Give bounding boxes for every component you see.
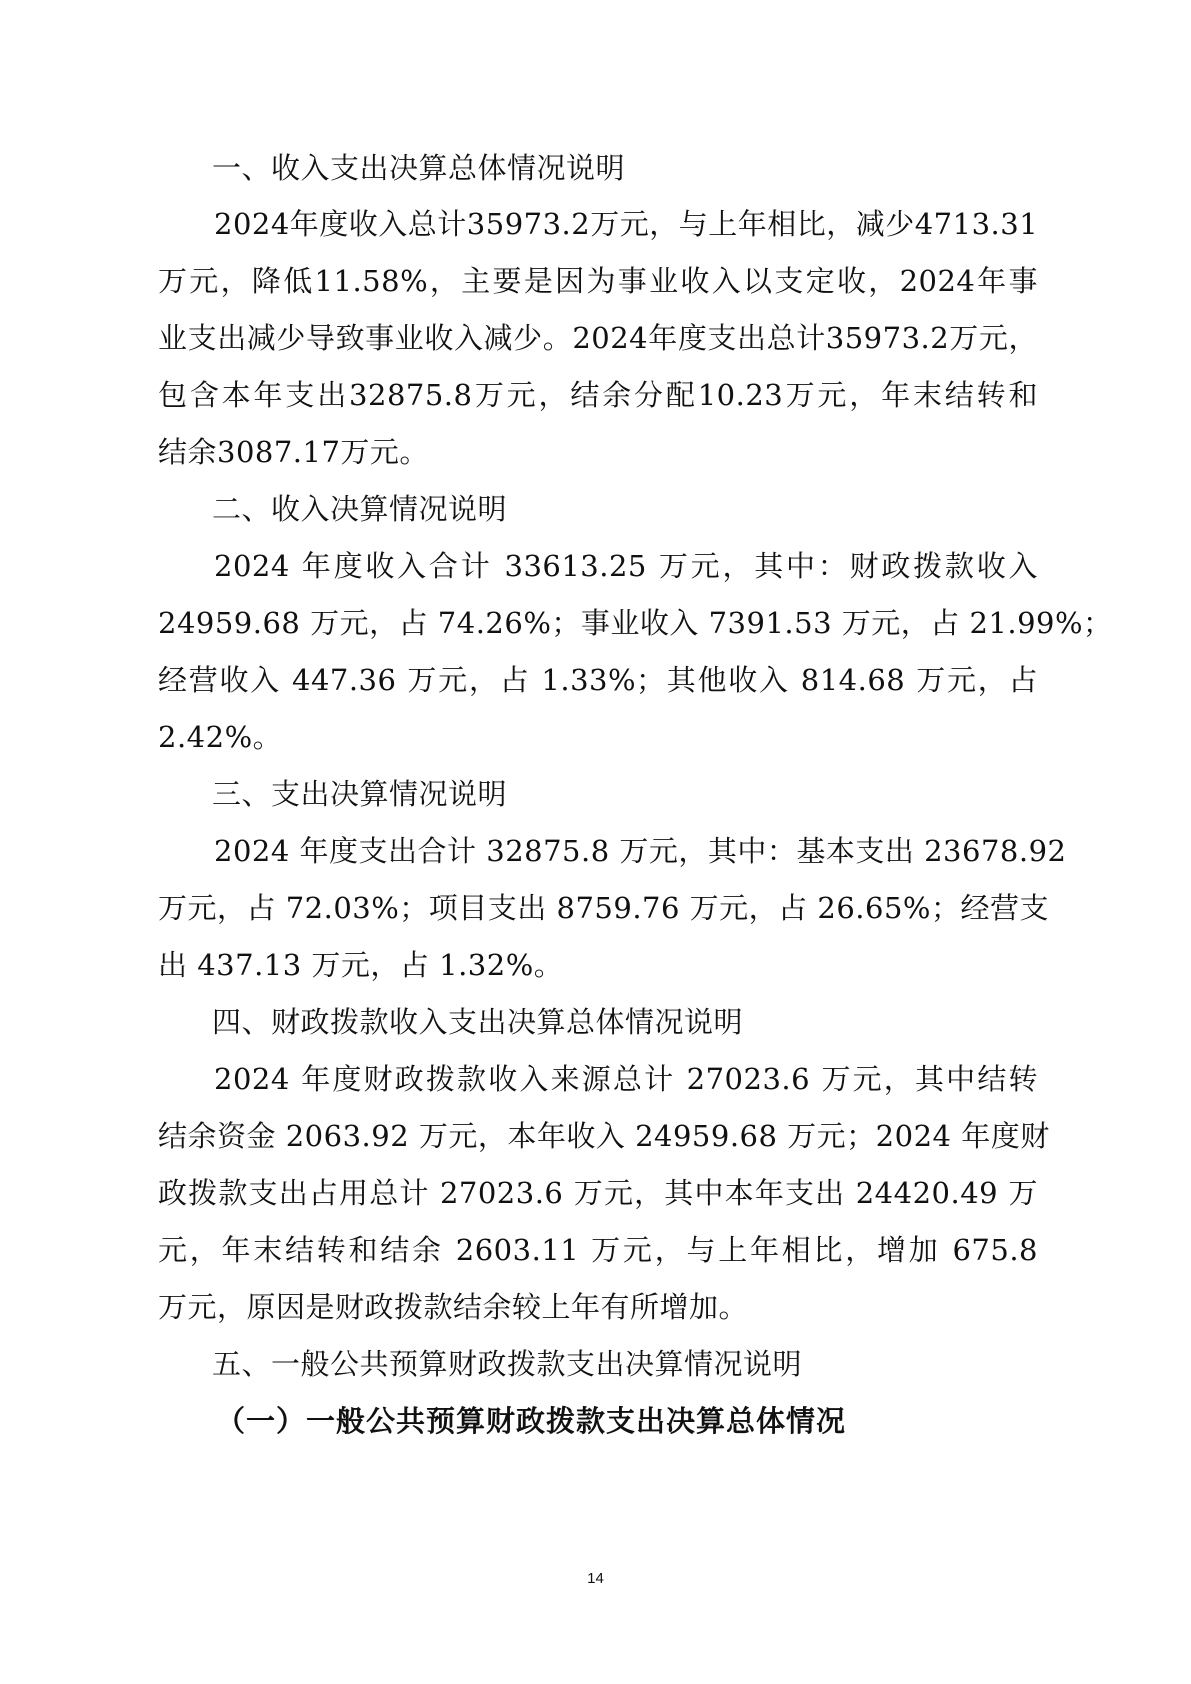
section-2-line-4: 2.42%。 [158, 719, 1038, 755]
page-number: 14 [0, 1570, 1191, 1587]
section-5-subheading: （一）一般公共预算财政拨款支出决算总体情况 [216, 1403, 846, 1439]
section-3-line-1: 2024 年度支出合计 32875.8 万元，其中：基本支出 23678.92 [214, 833, 1038, 869]
section-4-heading: 四、财政拨款收入支出决算总体情况说明 [212, 1004, 743, 1040]
section-4-line-2: 结余资金 2063.92 万元，本年收入 24959.68 万元；2024 年度… [158, 1118, 1038, 1154]
section-5-heading: 五、一般公共预算财政拨款支出决算情况说明 [212, 1346, 802, 1382]
section-3-heading: 三、支出决算情况说明 [212, 776, 507, 812]
section-2-heading: 二、收入决算情况说明 [212, 491, 507, 527]
section-4-line-4: 元，年末结转和结余 2603.11 万元，与上年相比，增加 675.8 [158, 1232, 1038, 1268]
section-1-line-5: 结余3087.17万元。 [158, 434, 1038, 470]
section-3-line-2: 万元，占 72.03%；项目支出 8759.76 万元，占 26.65%；经营支 [158, 890, 1038, 926]
section-1-heading: 一、收入支出决算总体情况说明 [212, 150, 625, 186]
section-1-line-1: 2024年度收入总计35973.2万元，与上年相比，减少4713.31 [214, 206, 1038, 242]
section-1-line-2: 万元，降低11.58%，主要是因为事业收入以支定收，2024年事 [158, 263, 1038, 299]
section-2-line-2: 24959.68 万元，占 74.26%；事业收入 7391.53 万元，占 2… [158, 605, 1038, 641]
section-1-line-3: 业支出减少导致事业收入减少。2024年度支出总计35973.2万元， [158, 320, 1038, 356]
section-4-line-5: 万元，原因是财政拨款结余较上年有所增加。 [158, 1289, 1038, 1325]
section-4-line-3: 政拨款支出占用总计 27023.6 万元，其中本年支出 24420.49 万 [158, 1175, 1038, 1211]
section-2-line-1: 2024 年度收入合计 33613.25 万元，其中：财政拨款收入 [214, 548, 1038, 584]
section-1-line-4: 包含本年支出32875.8万元，结余分配10.23万元，年末结转和 [158, 377, 1038, 413]
section-4-line-1: 2024 年度财政拨款收入来源总计 27023.6 万元，其中结转 [214, 1061, 1038, 1097]
section-3-line-3: 出 437.13 万元，占 1.32%。 [158, 947, 1038, 983]
section-2-line-3: 经营收入 447.36 万元，占 1.33%；其他收入 814.68 万元，占 [158, 662, 1038, 698]
